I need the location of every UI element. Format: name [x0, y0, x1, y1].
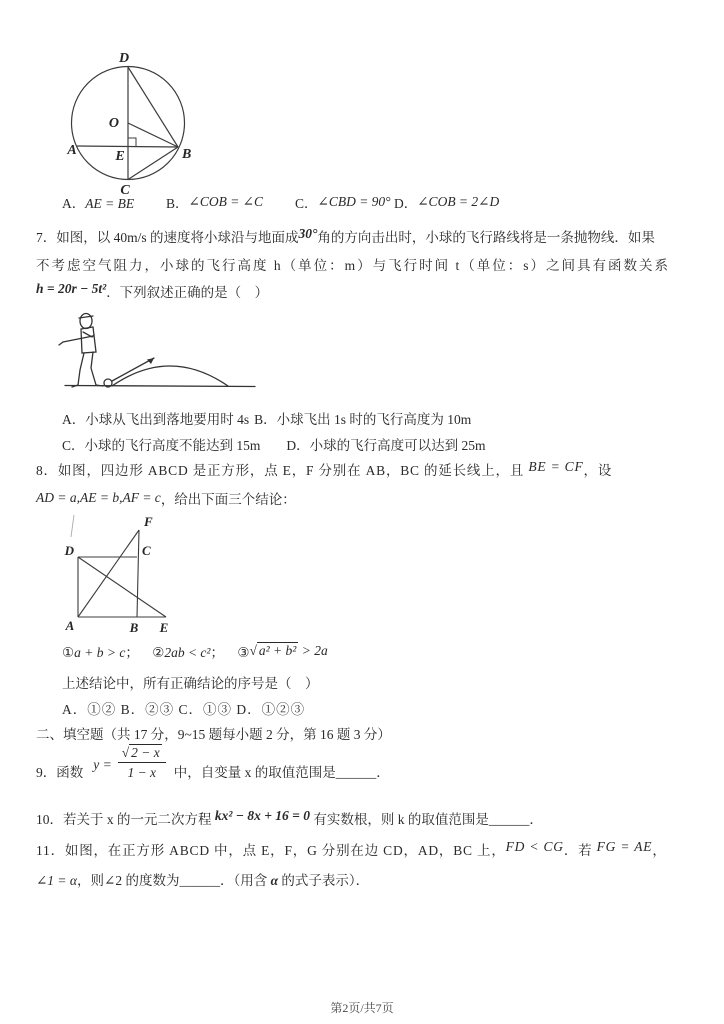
golfer-legs — [78, 352, 96, 385]
q7-option-d: D．小球的飞行高度可以达到 25m — [286, 436, 485, 456]
q11-line1-mid: ．若 — [564, 843, 593, 858]
q11-line1-end: ， — [652, 843, 666, 858]
point-label-c: C — [142, 543, 151, 558]
q10-equation: kx² − 8x + 16 = 0 — [215, 808, 310, 823]
q6-option-a-letter: A． — [62, 196, 85, 211]
q6-option-d: D．∠COB = 2∠D — [394, 194, 499, 214]
point-label-b: B — [181, 147, 191, 162]
golfer-torso — [81, 327, 96, 353]
q8-conclude-line: 上述结论中，所有正确结论的序号是（ ） — [62, 674, 319, 694]
c3-post: > 2a — [302, 643, 328, 658]
q9-tail: 中，自变量 x 的取值范围是______． — [174, 763, 390, 783]
q9-line: 9．函数 y = √2 − x 1 − x 中，自变量 x 的取值范围是____… — [36, 744, 390, 783]
c2-number: ② — [152, 645, 164, 660]
q7-line3-post: ．下列叙述正确的是（ ） — [106, 285, 268, 300]
c3-number: ③ — [237, 645, 249, 660]
q6-option-c: C．∠CBD = 90° — [295, 194, 391, 214]
q11-line2-end: 的式子表示）． — [281, 873, 369, 888]
exam-page: D O A E B C A．AE = BE B．∠COB = ∠C C．∠CBD… — [0, 0, 724, 1024]
q8-line1: 8．如图，四边形 ABCD 是正方形，点 E，F 分别在 AB，BC 的延长线上… — [36, 461, 612, 481]
q6-option-b: B．∠COB = ∠C — [166, 194, 263, 214]
q8-line1-math: BE = CF — [528, 459, 583, 474]
point-label-e: E — [114, 149, 124, 164]
point-label-a: A — [65, 618, 75, 633]
q11-math-angle1: ∠1 = α — [36, 873, 77, 888]
sqrt-icon: √ — [249, 643, 256, 658]
section2-header: 二、填空题（共 17 分，9~15 题每小题 2 分，第 16 题 3 分） — [36, 725, 391, 745]
q7-option-a: A．小球从飞出到落地要用时 4s — [62, 410, 249, 430]
q9-lead: 9．函数 — [36, 763, 83, 783]
c1-sep: ； — [125, 645, 139, 660]
q8-line1-pre: 8．如图，四边形 ABCD 是正方形，点 E，F 分别在 AB，BC 的延长线上… — [36, 463, 524, 478]
c3-math: √a² + b² > 2a — [249, 643, 327, 658]
q11-line2-mid: ，则∠2 的度数为______．（用含 — [77, 873, 267, 888]
q9-radicand: 2 − x — [129, 744, 162, 760]
golf-club — [63, 336, 93, 342]
c1-math: a + b > c — [74, 645, 125, 660]
chord-AB — [77, 146, 178, 147]
q11-line2: ∠1 = α，则∠2 的度数为______．（用含 α 的式子表示）． — [36, 871, 369, 891]
scan-artifact-line — [71, 515, 74, 537]
q11-math-fd-cg: FD < CG — [506, 839, 564, 854]
q9-fraction: √2 − x 1 − x — [118, 744, 166, 781]
q7-line1-post: 角的方向击出时，小球的飞行路线将是一条抛物线．如果 — [317, 230, 655, 245]
q11-line1: 11．如图，在正方形 ABCD 中，点 E，F，G 分别在边 CD，AD，BC … — [36, 841, 667, 861]
q9-y-equals: y = — [93, 755, 111, 775]
q11-line1-pre: 11．如图，在正方形 ABCD 中，点 E，F，G 分别在边 CD，AD，BC … — [36, 843, 506, 858]
q8-line1-post: ，设 — [584, 463, 613, 478]
q7-line1-pre: 7．如图，以 40m/s 的速度将小球沿与地面成 — [36, 230, 299, 245]
segment-CB — [128, 147, 178, 180]
point-label-d: D — [64, 543, 75, 558]
q8-conclusions: ①a + b > c； ②2ab < c²； ③√a² + b² > 2a — [62, 643, 328, 663]
point-label-o: O — [109, 116, 119, 131]
q6-option-b-math: ∠COB = ∠C — [189, 194, 264, 209]
golfer-figure — [55, 308, 305, 403]
segment-BF — [137, 530, 139, 617]
q6-option-a-math: AE = BE — [85, 196, 134, 211]
segment-AF — [78, 530, 139, 617]
q9-numerator: √2 − x — [118, 744, 166, 763]
q11-math-fg-ae: FG = AE — [597, 839, 653, 854]
q10-post: 有实数根，则 k 的取值范围是______． — [313, 812, 543, 827]
q10-line: 10．若关于 x 的一元二次方程 kx² − 8x + 16 = 0 有实数根，… — [36, 810, 543, 830]
right-angle-mark — [128, 138, 136, 146]
q6-option-c-math: ∠CBD = 90° — [318, 194, 391, 209]
q11-alpha: α — [271, 873, 278, 888]
q7-line1: 7．如图，以 40m/s 的速度将小球沿与地面成30°角的方向击出时，小球的飞行… — [36, 228, 701, 248]
q7-option-c: C．小球的飞行高度不能达到 15m — [62, 436, 260, 456]
point-label-f: F — [143, 514, 153, 529]
q10-pre: 10．若关于 x 的一元二次方程 — [36, 812, 212, 827]
q6-option-d-math: ∠COB = 2∠D — [417, 194, 499, 209]
q8-line2-math: AD = a,AE = b,AF = c — [36, 490, 161, 505]
q6-option-b-letter: B． — [166, 196, 189, 211]
q7-line2: 不考虑空气阻力，小球的飞行高度 h（单位：m）与飞行时间 t（单位：s）之间具有… — [36, 256, 701, 276]
golf-club-head — [59, 342, 63, 345]
q7-formula: h = 20r − 5t² — [36, 281, 106, 296]
q6-option-d-letter: D． — [394, 196, 417, 211]
trajectory-parabola — [112, 366, 228, 386]
segment-DE — [78, 557, 166, 617]
q7-options-row1: A．小球从飞出到落地要用时 4s B．小球飞出 1s 时的飞行高度为 10m — [62, 410, 471, 430]
q8-options-line: A．①② B．②③ C．①③ D．①②③ — [62, 700, 305, 720]
c3-radicand: a² + b² — [257, 642, 298, 658]
q8-line2-post: ，给出下面三个结论： — [161, 492, 296, 507]
point-label-e: E — [159, 620, 169, 635]
q7-options-row2: C．小球的飞行高度不能达到 15m D．小球的飞行高度可以达到 25m — [62, 436, 486, 456]
c2-sep: ； — [210, 645, 224, 660]
q7-angle: 30° — [299, 226, 318, 241]
q6-circle-figure: D O A E B C — [50, 46, 230, 198]
q7-option-b: B．小球飞出 1s 时的飞行高度为 10m — [254, 410, 471, 430]
c1-number: ① — [62, 645, 74, 660]
q8-square-figure: D C F A B E — [40, 506, 190, 641]
c2-math: 2ab < c² — [164, 645, 210, 660]
page-number: 第2页/共7页 — [0, 999, 724, 1016]
q6-option-c-letter: C． — [295, 196, 318, 211]
q6-option-a: A．AE = BE — [62, 194, 134, 214]
point-label-b: B — [129, 620, 139, 635]
q7-line3: h = 20r − 5t²．下列叙述正确的是（ ） — [36, 283, 268, 303]
point-label-d: D — [118, 51, 129, 66]
point-label-a: A — [66, 143, 76, 158]
q9-denominator: 1 − x — [127, 763, 156, 781]
